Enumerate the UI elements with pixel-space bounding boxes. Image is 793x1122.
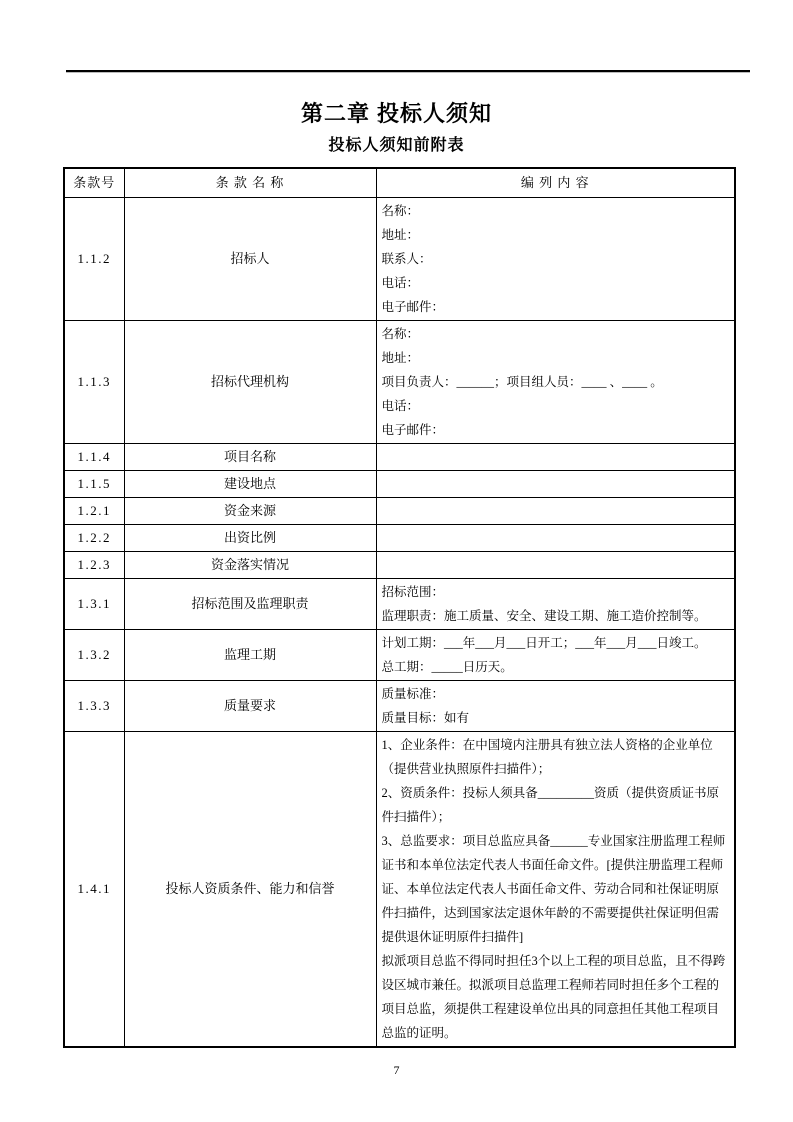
clause-number: 1.3.2 bbox=[64, 630, 124, 681]
table-row: 1.4.1投标人资质条件、能力和信誉1、企业条件：在中国境内注册具有独立法人资格… bbox=[64, 732, 735, 1048]
clause-number: 1.1.3 bbox=[64, 321, 124, 444]
content-line: 招标范围： bbox=[382, 580, 732, 604]
clause-content: 质量标准：质量目标：如有 bbox=[376, 681, 735, 732]
clause-name: 质量要求 bbox=[124, 681, 376, 732]
clause-content bbox=[376, 444, 735, 471]
content-line: 2、资质条件：投标人须具备_________资质（提供资质证书原件扫描件）； bbox=[382, 781, 732, 829]
content-line: 计划工期：___年___月___日开工；___年___月___日竣工。 bbox=[382, 631, 732, 655]
clause-name: 监理工期 bbox=[124, 630, 376, 681]
column-header: 编 列 内 容 bbox=[376, 168, 735, 198]
clause-name: 项目名称 bbox=[124, 444, 376, 471]
clause-number: 1.1.5 bbox=[64, 471, 124, 498]
clause-number: 1.1.2 bbox=[64, 198, 124, 321]
bidder-notice-table: 条款号条 款 名 称编 列 内 容 1.1.2招标人名称：地址：联系人：电话：电… bbox=[63, 167, 736, 1048]
table-row: 1.1.3招标代理机构名称：地址：项目负责人：______；项目组人员：____… bbox=[64, 321, 735, 444]
page-number: 7 bbox=[0, 1062, 793, 1078]
content-line: 电子邮件： bbox=[382, 295, 732, 319]
content-line: 电子邮件： bbox=[382, 418, 732, 442]
content-line: 地址： bbox=[382, 346, 732, 370]
clause-number: 1.2.1 bbox=[64, 498, 124, 525]
clause-number: 1.4.1 bbox=[64, 732, 124, 1048]
table-row: 1.1.5建设地点 bbox=[64, 471, 735, 498]
content-line: 总工期：_____日历天。 bbox=[382, 655, 732, 679]
clause-content bbox=[376, 552, 735, 579]
content-line: 电话： bbox=[382, 271, 732, 295]
clause-name: 资金落实情况 bbox=[124, 552, 376, 579]
clause-name: 建设地点 bbox=[124, 471, 376, 498]
table-row: 1.1.4项目名称 bbox=[64, 444, 735, 471]
clause-content: 计划工期：___年___月___日开工；___年___月___日竣工。总工期：_… bbox=[376, 630, 735, 681]
table-row: 1.3.3质量要求质量标准：质量目标：如有 bbox=[64, 681, 735, 732]
table-row: 1.2.1资金来源 bbox=[64, 498, 735, 525]
document-page: 第二章 投标人须知 投标人须知前附表 条款号条 款 名 称编 列 内 容 1.1… bbox=[0, 0, 793, 1122]
clause-number: 1.2.3 bbox=[64, 552, 124, 579]
content-line: 监理职责：施工质量、安全、建设工期、施工造价控制等。 bbox=[382, 604, 732, 628]
content-line: 地址： bbox=[382, 223, 732, 247]
table-row: 1.3.2监理工期计划工期：___年___月___日开工；___年___月___… bbox=[64, 630, 735, 681]
column-header: 条款号 bbox=[64, 168, 124, 198]
content-line: 质量目标：如有 bbox=[382, 706, 732, 730]
table-body: 1.1.2招标人名称：地址：联系人：电话：电子邮件：1.1.3招标代理机构名称：… bbox=[64, 198, 735, 1048]
clause-content: 名称：地址：项目负责人：______；项目组人员：____ 、____ 。电话：… bbox=[376, 321, 735, 444]
content-line: 1、企业条件：在中国境内注册具有独立法人资格的企业单位（提供营业执照原件扫描件）… bbox=[382, 733, 732, 781]
table-row: 1.3.1招标范围及监理职责招标范围：监理职责：施工质量、安全、建设工期、施工造… bbox=[64, 579, 735, 630]
clause-name: 招标范围及监理职责 bbox=[124, 579, 376, 630]
clause-name: 招标人 bbox=[124, 198, 376, 321]
clause-number: 1.3.3 bbox=[64, 681, 124, 732]
clause-name: 出资比例 bbox=[124, 525, 376, 552]
clause-number: 1.1.4 bbox=[64, 444, 124, 471]
content-line: 项目负责人：______；项目组人员：____ 、____ 。 bbox=[382, 370, 732, 394]
chapter-title: 第二章 投标人须知 bbox=[0, 99, 793, 129]
table-row: 1.2.2出资比例 bbox=[64, 525, 735, 552]
column-header: 条 款 名 称 bbox=[124, 168, 376, 198]
clause-content bbox=[376, 498, 735, 525]
content-line: 3、总监要求：项目总监应具备______专业国家注册监理工程师证书和本单位法定代… bbox=[382, 829, 732, 949]
clause-name: 投标人资质条件、能力和信誉 bbox=[124, 732, 376, 1048]
clause-number: 1.2.2 bbox=[64, 525, 124, 552]
table-header-row: 条款号条 款 名 称编 列 内 容 bbox=[64, 168, 735, 198]
table-title: 投标人须知前附表 bbox=[0, 136, 793, 156]
content-line: 联系人： bbox=[382, 247, 732, 271]
clause-name: 招标代理机构 bbox=[124, 321, 376, 444]
clause-number: 1.3.1 bbox=[64, 579, 124, 630]
clause-name: 资金来源 bbox=[124, 498, 376, 525]
clause-content bbox=[376, 471, 735, 498]
clause-content bbox=[376, 525, 735, 552]
table-row: 1.2.3资金落实情况 bbox=[64, 552, 735, 579]
clause-content: 名称：地址：联系人：电话：电子邮件： bbox=[376, 198, 735, 321]
content-line: 电话： bbox=[382, 394, 732, 418]
clause-content: 1、企业条件：在中国境内注册具有独立法人资格的企业单位（提供营业执照原件扫描件）… bbox=[376, 732, 735, 1048]
content-line: 名称： bbox=[382, 199, 732, 223]
clause-content: 招标范围：监理职责：施工质量、安全、建设工期、施工造价控制等。 bbox=[376, 579, 735, 630]
content-line: 质量标准： bbox=[382, 682, 732, 706]
content-line: 拟派项目总监不得同时担任3个以上工程的项目总监，且不得跨设区城市兼任。拟派项目总… bbox=[382, 949, 732, 1045]
content-line: 名称： bbox=[382, 322, 732, 346]
header-rule bbox=[66, 70, 750, 73]
table-row: 1.1.2招标人名称：地址：联系人：电话：电子邮件： bbox=[64, 198, 735, 321]
